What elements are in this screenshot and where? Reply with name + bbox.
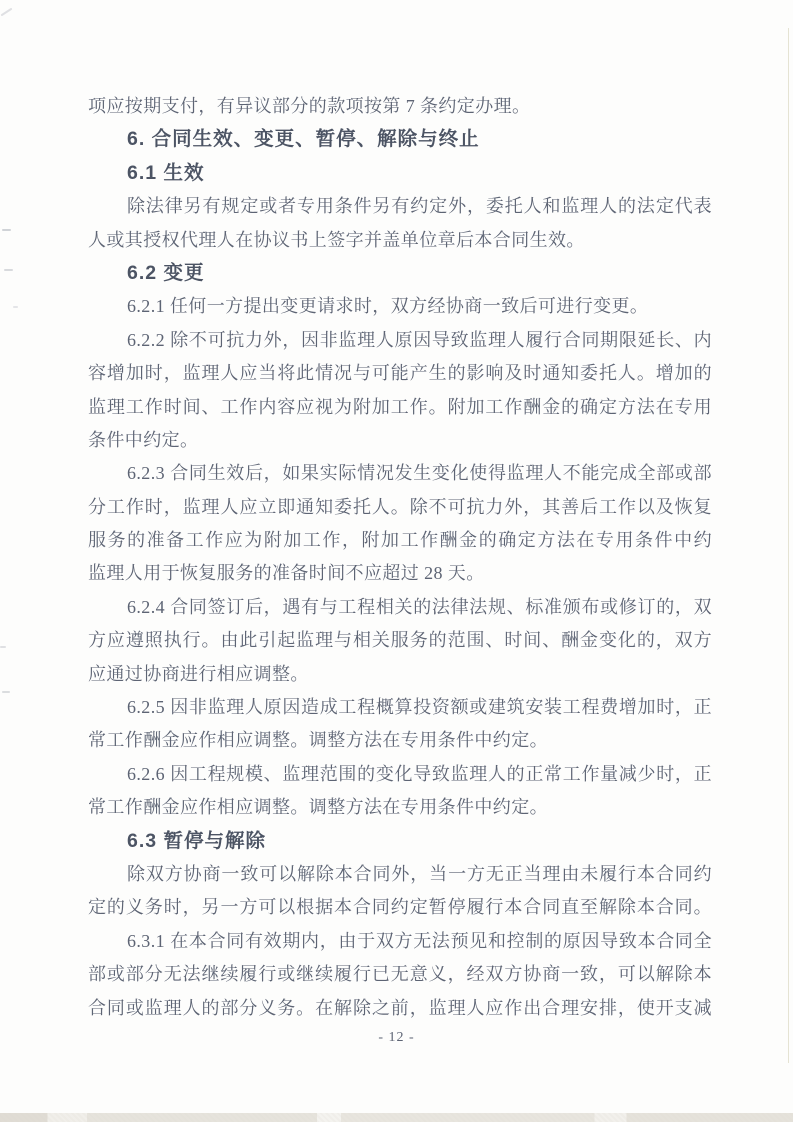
scan-speck-icon	[13, 306, 18, 308]
text-line: 合同或监理人的部分义务。在解除之前，监理人应作出合理安排，使开支减	[88, 992, 712, 1025]
scan-speck-icon	[1, 8, 13, 17]
text-line: 6.2.6 因工程规模、监理范围的变化导致监理人的正常工作量减少时，正	[88, 758, 712, 791]
text-line: 条件中约定。	[88, 424, 712, 457]
text-line: 分工作时，监理人应立即通知委托人。除不可抗力外，其善后工作以及恢复	[88, 491, 712, 524]
text-line: 6.2.3 合同生效后，如果实际情况发生变化使得监理人不能完成全部或部	[88, 457, 712, 490]
text-line: 人或其授权代理人在协议书上签字并盖单位章后本合同生效。	[88, 224, 712, 257]
text-line: 项应按期支付，有异议部分的款项按第 7 条约定办理。	[88, 90, 712, 123]
text-line: 监理人用于恢复服务的准备时间不应超过 28 天。	[88, 557, 712, 590]
text-line: 监理工作时间、工作内容应视为附加工作。附加工作酬金的确定方法在专用	[88, 391, 712, 424]
text-line: 容增加时，监理人应当将此情况与可能产生的影响及时通知委托人。增加的	[88, 357, 712, 390]
heading-line: 6.3 暂停与解除	[88, 825, 712, 858]
heading-line: 6.2 变更	[88, 257, 712, 290]
page-number: - 12 -	[0, 1030, 793, 1046]
text-line: 6.3.1 在本合同有效期内，由于双方无法预见和控制的原因导致本合同全	[88, 925, 712, 958]
text-line: 6.2.2 除不可抗力外，因非监理人原因导致监理人履行合同期限延长、内	[88, 324, 712, 357]
heading-line: 6. 合同生效、变更、暂停、解除与终止	[88, 123, 712, 156]
text-line: 常工作酬金应作相应调整。调整方法在专用条件中约定。	[88, 724, 712, 757]
scan-speck-icon	[2, 691, 10, 693]
scan-speck-icon	[0, 646, 6, 648]
scan-page-edge-line	[788, 28, 789, 1063]
scan-bottom-edge-strip	[0, 1113, 793, 1122]
text-line: 常工作酬金应作相应调整。调整方法在专用条件中约定。	[88, 791, 712, 824]
text-line: 服务的准备工作应为附加工作，附加工作酬金的确定方法在专用条件中约定。	[88, 524, 712, 557]
scanned-contract-page: 项应按期支付，有异议部分的款项按第 7 条约定办理。6. 合同生效、变更、暂停、…	[0, 0, 793, 1122]
text-line: 方应遵照执行。由此引起监理与相关服务的范围、时间、酬金变化的，双方	[88, 624, 712, 657]
contract-text-body: 项应按期支付，有异议部分的款项按第 7 条约定办理。6. 合同生效、变更、暂停、…	[88, 90, 712, 1025]
scan-speck-icon	[2, 229, 11, 231]
text-line: 除法律另有规定或者专用条件另有约定外，委托人和监理人的法定代表	[88, 190, 712, 223]
text-line: 定的义务时，另一方可以根据本合同约定暂停履行本合同直至解除本合同。	[88, 891, 712, 924]
text-line: 部或部分无法继续履行或继续履行已无意义，经双方协商一致，可以解除本	[88, 958, 712, 991]
text-line: 应通过协商进行相应调整。	[88, 658, 712, 691]
text-line: 6.2.1 任何一方提出变更请求时，双方经协商一致后可进行变更。	[88, 290, 712, 323]
heading-line: 6.1 生效	[88, 157, 712, 190]
text-line: 6.2.4 合同签订后，遇有与工程相关的法律法规、标准颁布或修订的，双	[88, 591, 712, 624]
text-line: 除双方协商一致可以解除本合同外，当一方无正当理由未履行本合同约	[88, 858, 712, 891]
scan-speck-icon	[4, 269, 13, 271]
text-line: 6.2.5 因非监理人原因造成工程概算投资额或建筑安装工程费增加时，正	[88, 691, 712, 724]
